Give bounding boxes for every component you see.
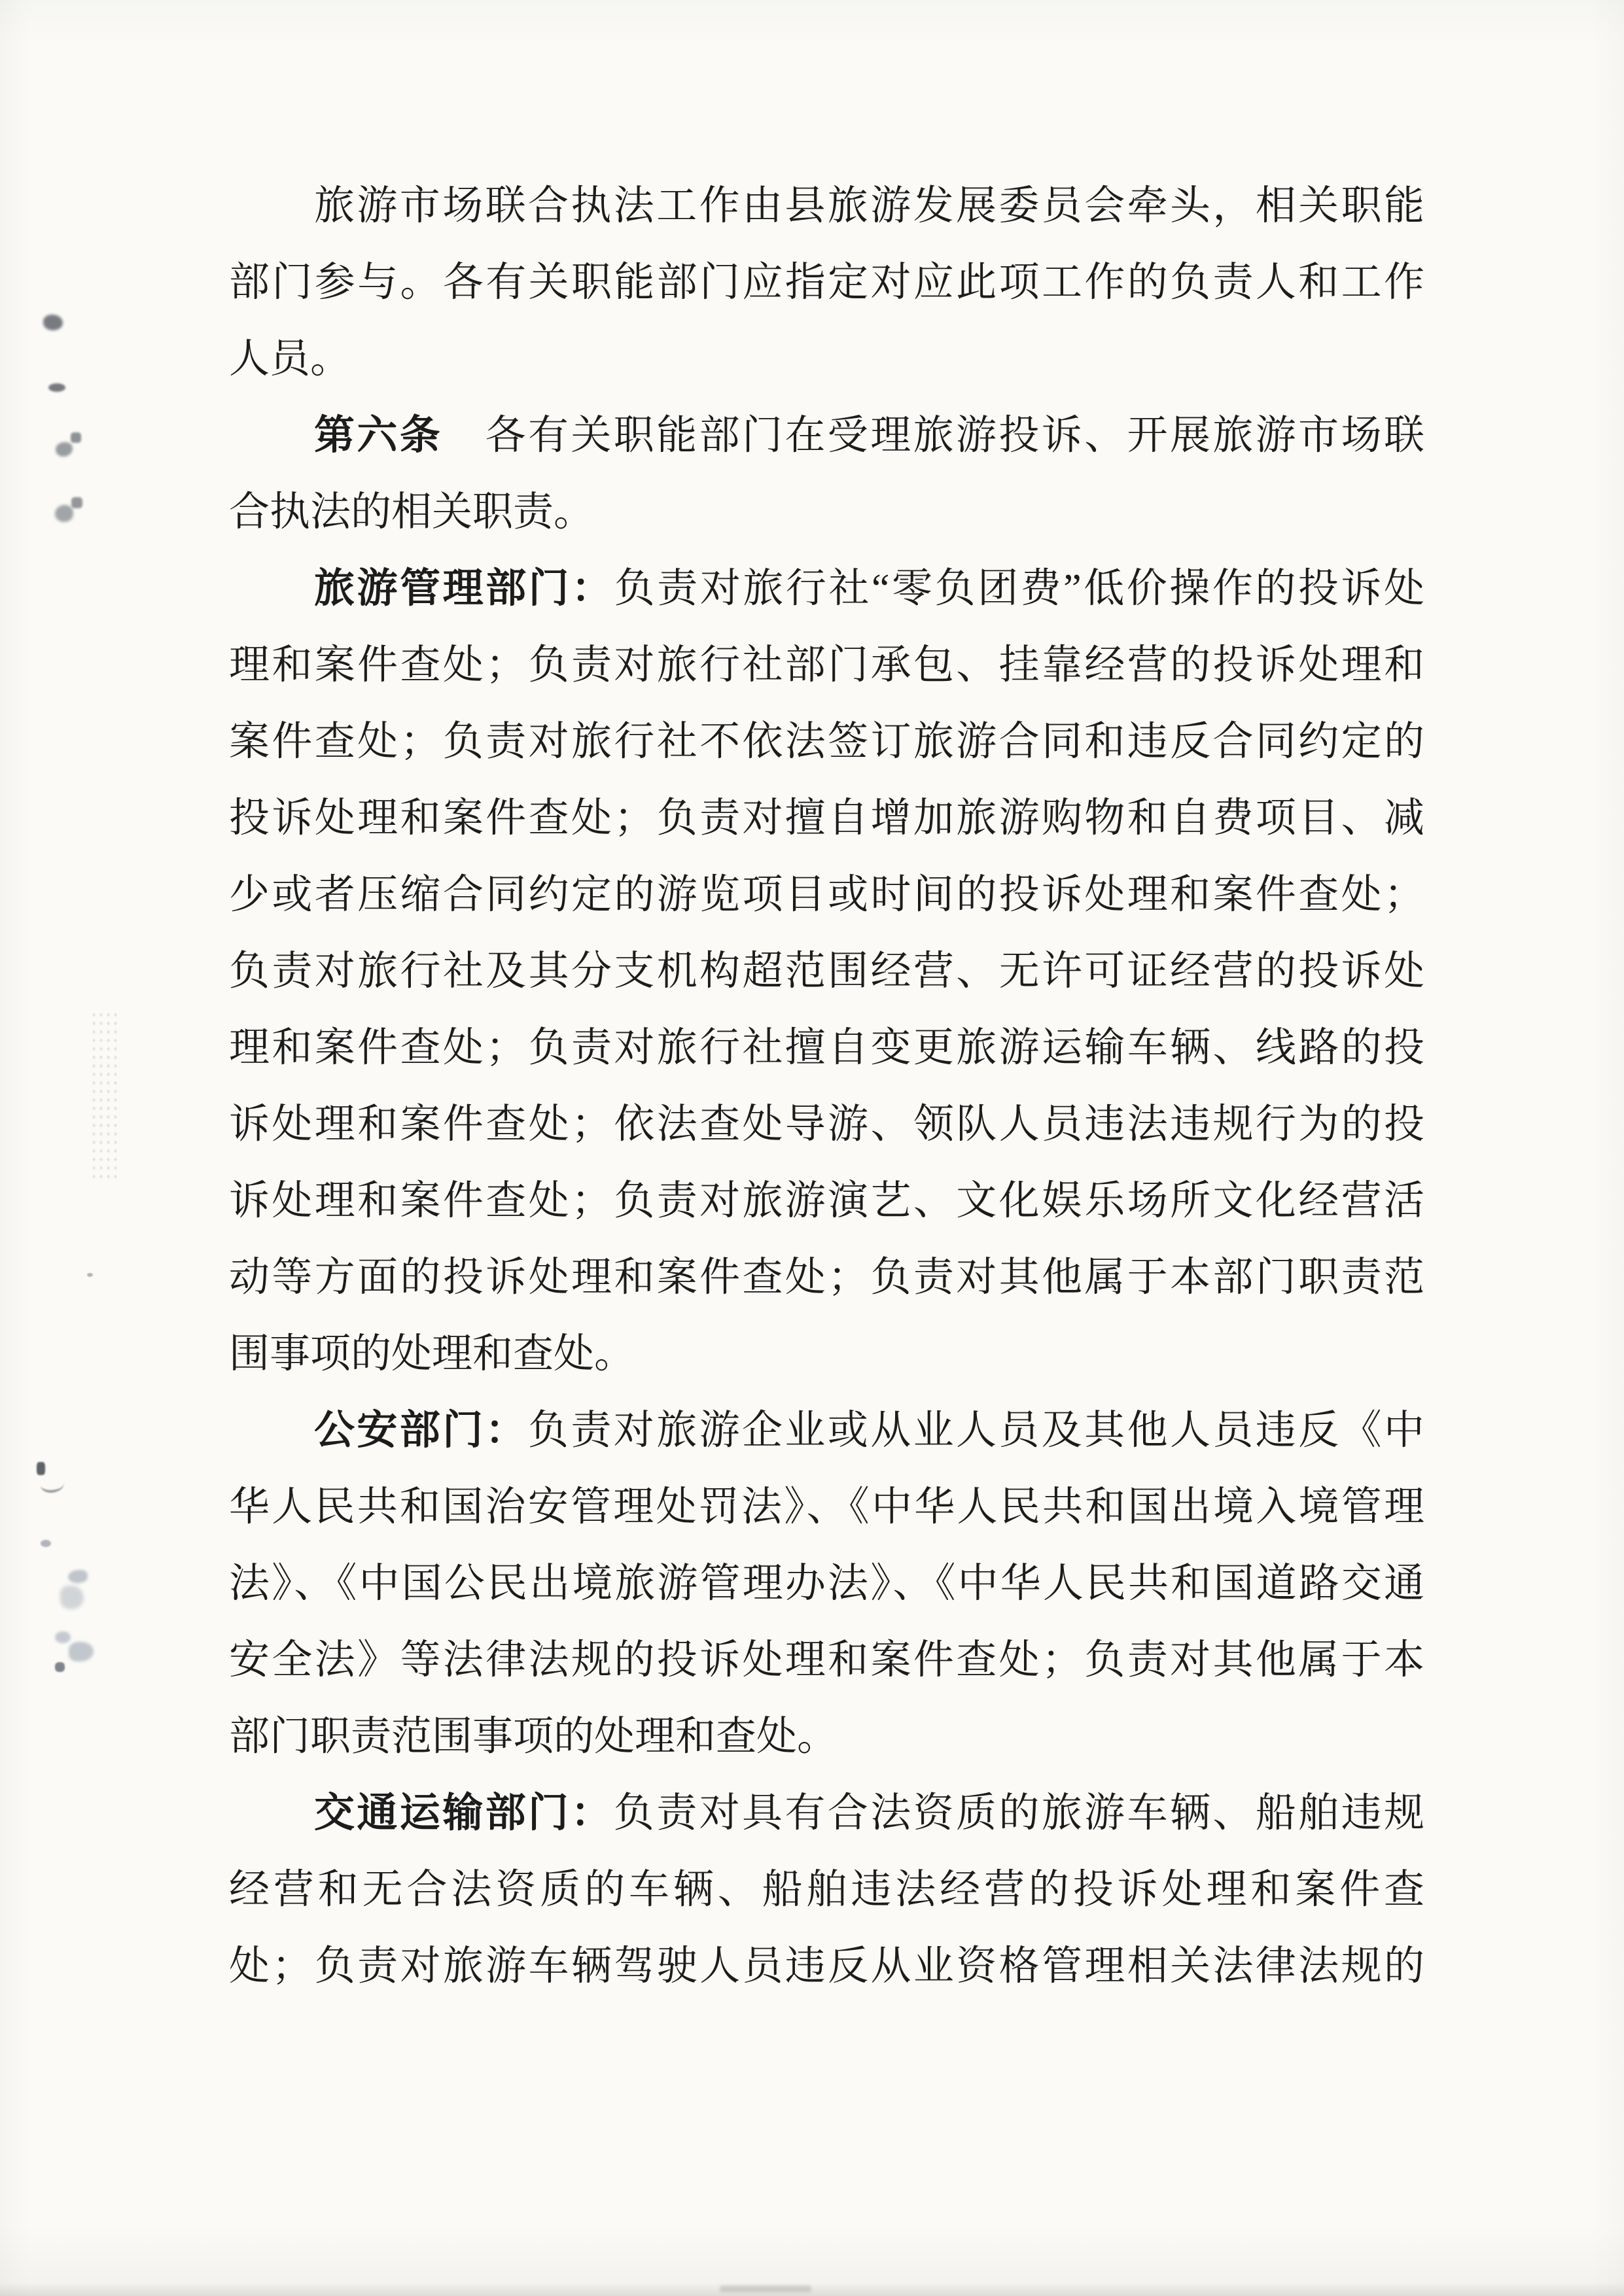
text-line-text: 动等方面的投诉处理和案件查处；负责对其他属于本部门职责范 — [229, 1255, 1424, 1300]
text-line-text: 负责对旅行社“零负团费”低价操作的投诉处 — [614, 566, 1424, 611]
ink-smudge — [71, 432, 81, 443]
text-line-text: 部门职责范围事项的处理和查处。 — [229, 1714, 838, 1759]
text-line: 公安部门：负责对旅游企业或从业人员及其他人员违反《中 — [229, 1393, 1424, 1469]
text-line: 人员。 — [229, 321, 1424, 398]
ink-smudge — [71, 497, 82, 508]
scan-bottom-smudge — [720, 2286, 811, 2292]
text-line-text: 合执法的相关职责。 — [229, 490, 594, 534]
text-line: 案件查处；负责对旅行社不依法签订旅游合同和违反合同约定的 — [229, 704, 1424, 780]
text-line: 投诉处理和案件查处；负责对擅自增加旅游购物和自费项目、减 — [229, 780, 1424, 857]
text-line: 旅游市场联合执法工作由县旅游发展委员会牵头，相关职能 — [229, 168, 1424, 245]
text-line: 诉处理和案件查处；负责对旅游演艺、文化娱乐场所文化经营活 — [229, 1163, 1424, 1240]
ink-smudge — [41, 1540, 51, 1547]
text-line: 理和案件查处；负责对旅行社部门承包、挂靠经营的投诉处理和 — [229, 627, 1424, 704]
ink-smudge — [48, 383, 65, 392]
text-line: 负责对旅行社及其分支机构超范围经营、无许可证经营的投诉处 — [229, 933, 1424, 1010]
ink-smudge — [55, 1631, 71, 1643]
text-line-text: 负责对旅游企业或从业人员及其他人员违反《中 — [528, 1408, 1424, 1453]
text-line: 第六条 各有关职能部门在受理旅游投诉、开展旅游市场联 — [229, 398, 1424, 474]
text-line: 理和案件查处；负责对旅行社擅自变更旅游运输车辆、线路的投 — [229, 1010, 1424, 1087]
ink-smudge — [55, 1662, 65, 1672]
ink-smudge — [37, 1462, 45, 1475]
text-line: 少或者压缩合同约定的游览项目或时间的投诉处理和案件查处； — [229, 857, 1424, 933]
text-line-text: 负责对旅行社及其分支机构超范围经营、无许可证经营的投诉处 — [229, 949, 1424, 994]
text-line: 交通运输部门：负责对具有合法资质的旅游车辆、船舶违规 — [229, 1775, 1424, 1852]
ink-smudge — [69, 1642, 94, 1661]
text-line: 处；负责对旅游车辆驾驶人员违反从业资格管理相关法律法规的 — [229, 1928, 1424, 2005]
text-line: 华人民共和国治安管理处罚法》、《中华人民共和国出境入境管理 — [229, 1469, 1424, 1546]
text-line-text: 旅游市场联合执法工作由县旅游发展委员会牵头，相关职能 — [314, 184, 1424, 228]
text-line-text: 经营和无合法资质的车辆、船舶违法经营的投诉处理和案件查 — [229, 1868, 1424, 1912]
text-line-text: 投诉处理和案件查处；负责对擅自增加旅游购物和自费项目、减 — [229, 796, 1424, 841]
text-line-text: 华人民共和国治安管理处罚法》、《中华人民共和国出境入境管理 — [229, 1485, 1424, 1529]
text-line-text: 少或者压缩合同约定的游览项目或时间的投诉处理和案件查处； — [229, 873, 1424, 917]
text-line-text: 安全法》等法律法规的投诉处理和案件查处；负责对其他属于本 — [229, 1638, 1424, 1682]
ink-smudge — [55, 505, 73, 522]
text-line-bold: 旅游管理部门： — [314, 566, 614, 611]
text-line: 法》、《中国公民出境旅游管理办法》、《中华人民共和国道路交通 — [229, 1546, 1424, 1622]
text-line-text: 诉处理和案件查处；依法查处导游、领队人员违法违规行为的投 — [229, 1102, 1424, 1147]
text-line-text: 处；负责对旅游车辆驾驶人员违反从业资格管理相关法律法规的 — [229, 1944, 1424, 1989]
text-line-text: 理和案件查处；负责对旅行社擅自变更旅游运输车辆、线路的投 — [229, 1026, 1424, 1070]
ink-speck — [87, 1273, 93, 1277]
text-line-bold: 公安部门： — [314, 1408, 528, 1453]
text-line-text: 负责对具有合法资质的旅游车辆、船舶违规 — [614, 1791, 1424, 1835]
ink-smudge — [56, 442, 73, 457]
text-line: 围事项的处理和查处。 — [229, 1316, 1424, 1393]
text-line-text: 人员。 — [229, 337, 351, 381]
text-line: 经营和无合法资质的车辆、船舶违法经营的投诉处理和案件查 — [229, 1852, 1424, 1928]
document-body: 旅游市场联合执法工作由县旅游发展委员会牵头，相关职能 部门参与。各有关职能部门应… — [229, 168, 1424, 2005]
text-line-text: 诉处理和案件查处；负责对旅游演艺、文化娱乐场所文化经营活 — [229, 1179, 1424, 1223]
ink-smudge — [68, 1570, 88, 1583]
text-line-text: 围事项的处理和查处。 — [229, 1332, 635, 1376]
text-line-text: 各有关职能部门在受理旅游投诉、开展旅游市场联 — [442, 413, 1424, 458]
text-line-text: 案件查处；负责对旅行社不依法签订旅游合同和违反合同约定的 — [229, 720, 1424, 764]
text-line: 合执法的相关职责。 — [229, 474, 1424, 551]
text-line: 诉处理和案件查处；依法查处导游、领队人员违法违规行为的投 — [229, 1087, 1424, 1163]
scanned-document-page: 旅游市场联合执法工作由县旅游发展委员会牵头，相关职能 部门参与。各有关职能部门应… — [0, 0, 1624, 2296]
scan-bottom-shading — [0, 2283, 1624, 2296]
text-line: 部门职责范围事项的处理和查处。 — [229, 1699, 1424, 1775]
text-line-text: 法》、《中国公民出境旅游管理办法》、《中华人民共和国道路交通 — [229, 1561, 1424, 1606]
text-line-text: 理和案件查处；负责对旅行社部门承包、挂靠经营的投诉处理和 — [229, 643, 1424, 687]
text-line: 旅游管理部门：负责对旅行社“零负团费”低价操作的投诉处 — [229, 551, 1424, 627]
text-line: 部门参与。各有关职能部门应指定对应此项工作的负责人和工作 — [229, 245, 1424, 321]
text-line-bold: 第六条 — [314, 413, 442, 458]
ink-smudge — [43, 315, 63, 330]
ink-smudge — [60, 1586, 84, 1609]
text-line-bold: 交通运输部门： — [314, 1791, 614, 1835]
scan-speckle-band — [90, 1011, 118, 1182]
text-line: 动等方面的投诉处理和案件查处；负责对其他属于本部门职责范 — [229, 1240, 1424, 1316]
text-line: 安全法》等法律法规的投诉处理和案件查处；负责对其他属于本 — [229, 1622, 1424, 1699]
text-line-text: 部门参与。各有关职能部门应指定对应此项工作的负责人和工作 — [229, 260, 1424, 305]
ink-smudge — [41, 1476, 64, 1493]
